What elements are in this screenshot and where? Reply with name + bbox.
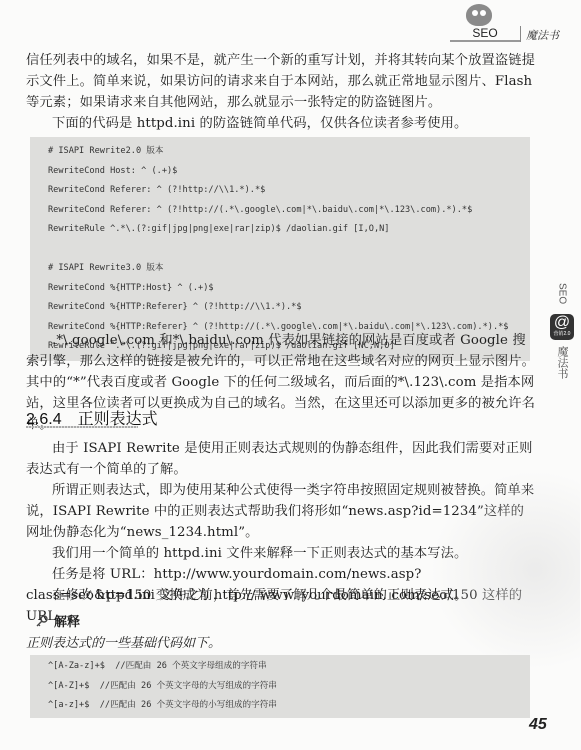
key-icon [36, 615, 48, 627]
header-seo-tab: SEO [450, 26, 520, 42]
code-line: # ISAPI Rewrite3.0 版本 [30, 259, 530, 279]
side-book-label: 魔法书 [554, 346, 570, 379]
watermark [430, 470, 580, 670]
code-line: ^[A-Za-z]+$ //匹配由 26 个英文字母组成的字符串 [30, 657, 530, 677]
code-line: RewriteCond Host: ^ (.+)$ [30, 162, 530, 182]
code-line [30, 240, 530, 260]
side-seo-label: SEO [557, 283, 568, 304]
paragraph-2: 下面的代码是 httpd.ini 的防盗链简单代码，仅供各位读者参考使用。 [26, 113, 536, 134]
section-underline [26, 426, 138, 428]
paragraph-8: 在修改 httpd.ini 文件之前，首先需要了解几个最简单的正则表达式。 [26, 585, 536, 606]
paragraph-1: 信任列表中的域名，如果不是，就产生一个新的重写计划，并将其转向某个放置盗链提示文… [26, 50, 536, 113]
mascot-icon [466, 4, 492, 26]
code-block-rewrite: # ISAPI Rewrite2.0 版本 RewriteCond Host: … [30, 137, 530, 361]
note-heading: 解释 [36, 611, 80, 630]
code-line: RewriteCond %{HTTP:Referer} ^ (?!http://… [30, 298, 530, 318]
code-line: RewriteCond %{HTTP:Host} ^ (.+)$ [30, 279, 530, 299]
header-logo: SEO 魔法书 [430, 4, 580, 46]
code-block-regex: ^[A-Za-z]+$ //匹配由 26 个英文字母组成的字符串 ^[A-Z]+… [30, 655, 530, 718]
at-badge-icon: @ 营销2.0 [550, 314, 574, 340]
code-line: ^[A-Z]+$ //匹配由 26 个英文字母的大写组成的字符串 [30, 677, 530, 697]
page-number: 45 [529, 716, 547, 734]
code-line: # ISAPI Rewrite2.0 版本 [30, 142, 530, 162]
note-body: 正则表达式的一些基础代码如下。 [26, 632, 221, 651]
code-line: RewriteCond Referer: ^ (?!http://(.*\.go… [30, 201, 530, 221]
note-heading-label: 解释 [54, 615, 80, 630]
divider [520, 26, 521, 42]
code-line: ^[a-z]+$ //匹配由 26 个英文字母的小写组成的字符串 [30, 696, 530, 716]
side-tab: SEO @ 营销2.0 魔法书 [549, 283, 575, 383]
code-line: RewriteCond Referer: ^ (?!http://\\1.*).… [30, 181, 530, 201]
header-book-name: 魔法书 [526, 27, 559, 43]
code-line: RewriteRule ^.*\.(?:gif|jpg|png|exe|rar|… [30, 220, 530, 240]
